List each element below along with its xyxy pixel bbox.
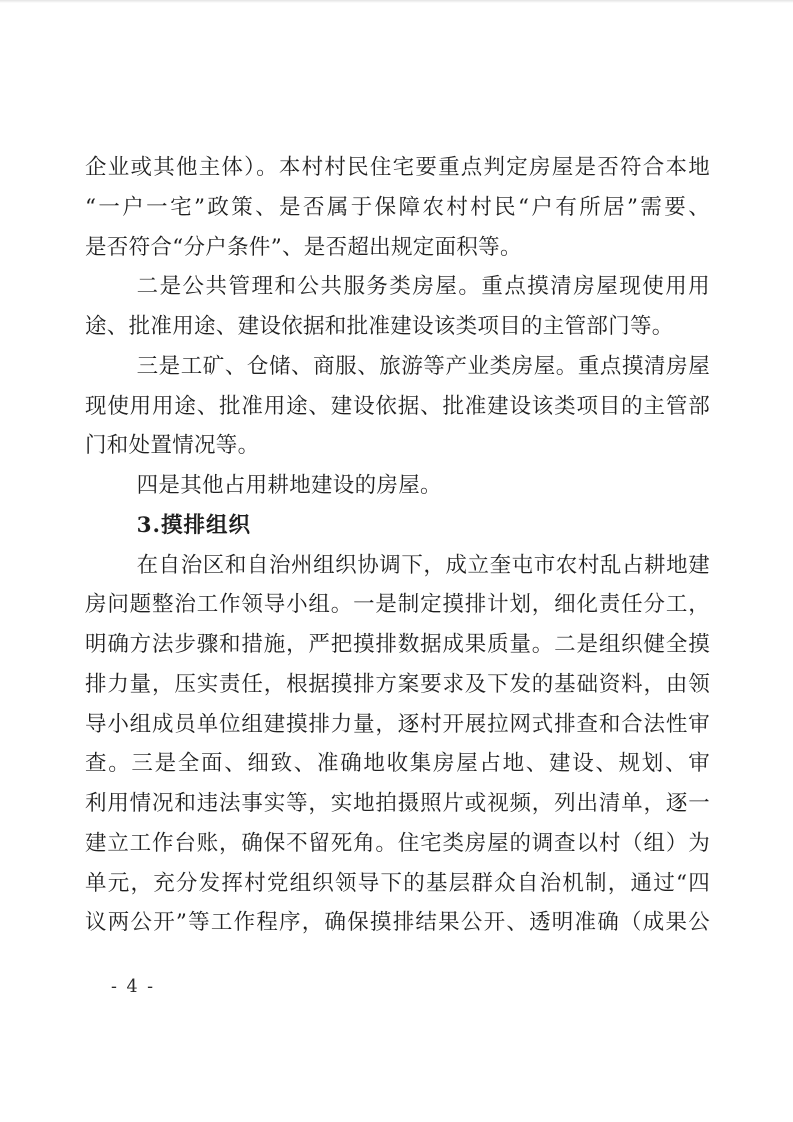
document-text-block: 企业或其他主体）。本村村民住宅要重点判定房屋是否符合本地 “一户一宅”政策、是否… — [85, 148, 710, 943]
text-line: 建立工作台账，确保不留死角。住宅类房屋的调查以村（组）为 — [85, 824, 710, 864]
page-number: - 4 - — [111, 977, 155, 997]
document-page: 企业或其他主体）。本村村民住宅要重点判定房屋是否符合本地 “一户一宅”政策、是否… — [0, 0, 793, 1122]
text-line: 明确方法步骤和措施，严把摸排数据成果质量。二是组织健全摸 — [85, 625, 710, 665]
section-heading: 3.摸排组织 — [85, 506, 710, 546]
text-line: 单元，充分发挥村党组织领导下的基层群众自治机制，通过“四 — [85, 864, 710, 904]
text-line: 企业或其他主体）。本村村民住宅要重点判定房屋是否符合本地 — [85, 148, 710, 188]
text-line: 导小组成员单位组建摸排力量，逐村开展拉网式排查和合法性审 — [85, 705, 710, 745]
text-line: 二是公共管理和公共服务类房屋。重点摸清房屋现使用用 — [85, 267, 710, 307]
text-line: “一户一宅”政策、是否属于保障农村村民“户有所居”需要、 — [85, 188, 710, 228]
text-line: 是否符合“分户条件”、是否超出规定面积等。 — [85, 228, 710, 268]
scan-edge-artifact — [0, 0, 793, 3]
text-line: 现使用用途、批准用途、建设依据、批准建设该类项目的主管部 — [85, 387, 710, 427]
text-line: 议两公开”等工作程序，确保摸排结果公开、透明准确（成果公 — [85, 903, 710, 943]
text-line: 在自治区和自治州组织协调下，成立奎屯市农村乱占耕地建 — [85, 546, 710, 586]
text-line: 途、批准用途、建设依据和批准建设该类项目的主管部门等。 — [85, 307, 710, 347]
text-line: 门和处置情况等。 — [85, 426, 710, 466]
text-line: 房问题整治工作领导小组。一是制定摸排计划，细化责任分工， — [85, 585, 710, 625]
text-line: 利用情况和违法事实等，实地拍摄照片或视频，列出清单，逐一 — [85, 784, 710, 824]
text-line: 三是工矿、仓储、商服、旅游等产业类房屋。重点摸清房屋 — [85, 347, 710, 387]
text-line: 排力量，压实责任，根据摸排方案要求及下发的基础资料，由领 — [85, 665, 710, 705]
text-line: 四是其他占用耕地建设的房屋。 — [85, 466, 710, 506]
text-line: 查。三是全面、细致、准确地收集房屋占地、建设、规划、审批、 — [85, 744, 710, 784]
